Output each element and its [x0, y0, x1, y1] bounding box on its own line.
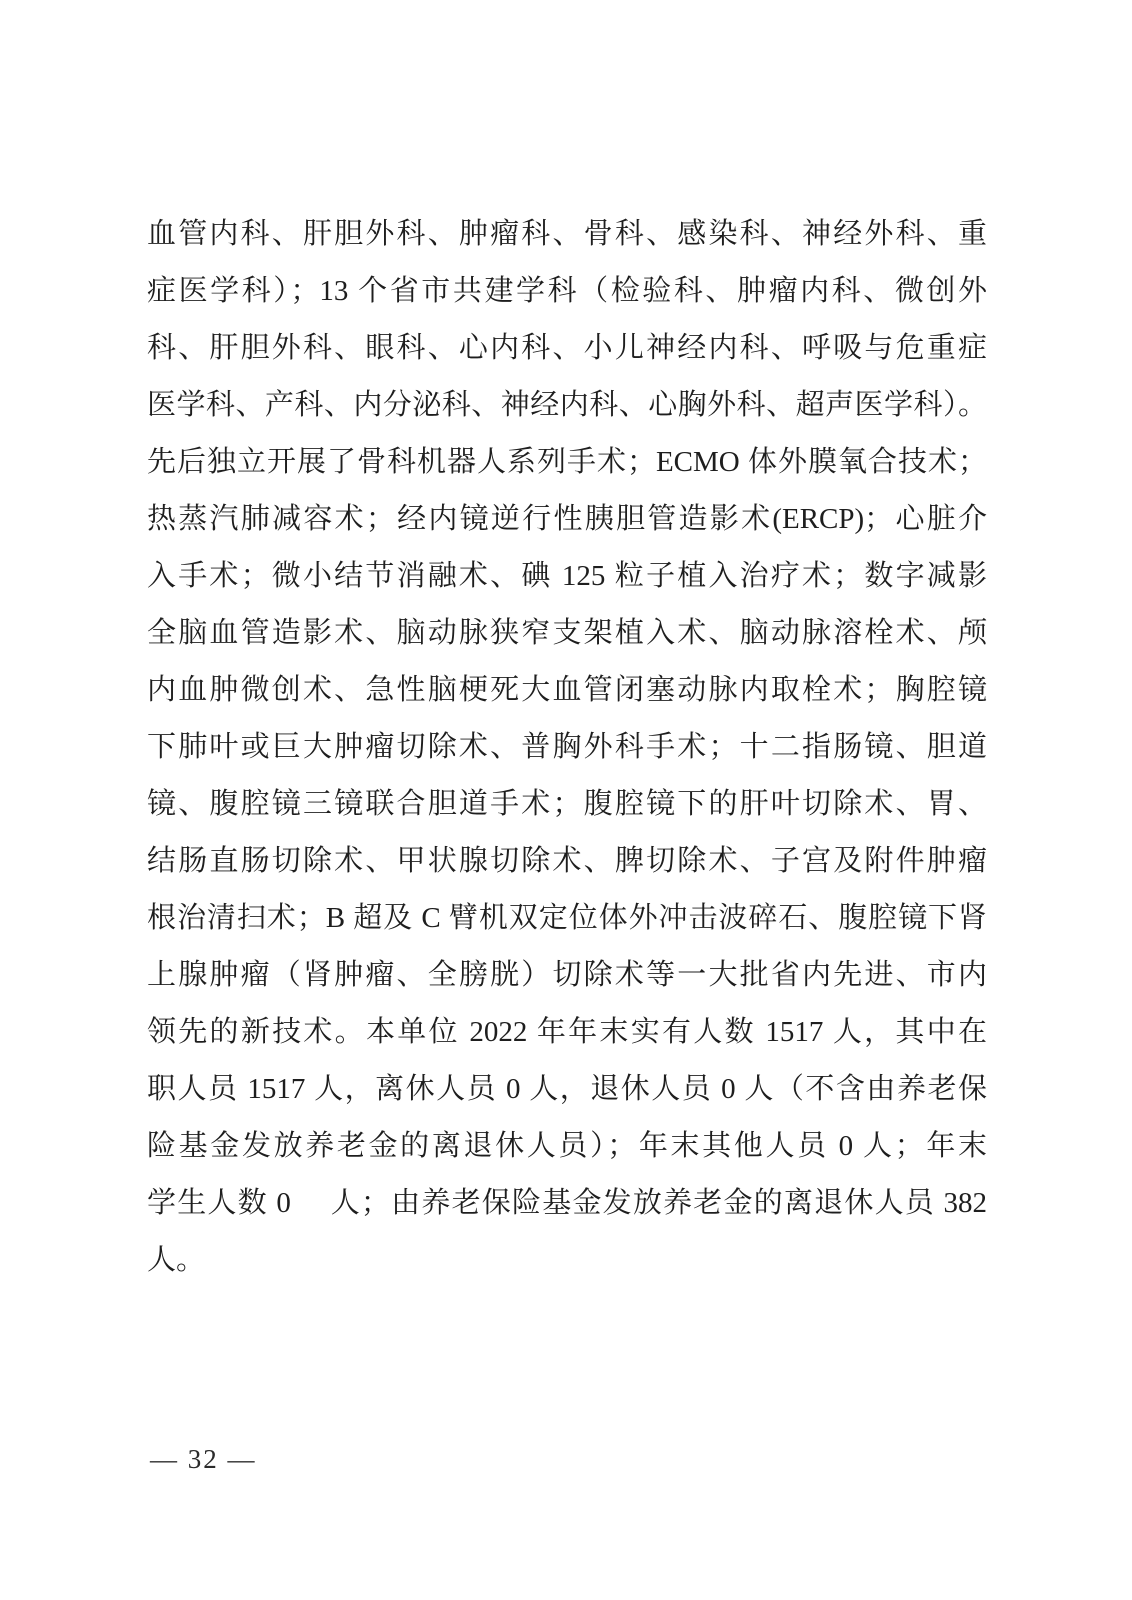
text-line: 根治清扫术；B 超及 C 臂机双定位体外冲击波碎石、腹腔镜下肾 [147, 890, 987, 947]
text-line: 领先的新技术。本单位 2022 年年末实有人数 1517 人，其中在 [147, 1004, 987, 1061]
text-line: 结肠直肠切除术、甲状腺切除术、脾切除术、子宫及附件肿瘤 [147, 833, 987, 890]
text-line: 入手术；微小结节消融术、碘 125 粒子植入治疗术；数字减影 [147, 548, 987, 605]
text-line: 人。 [147, 1232, 987, 1289]
text-line: 全脑血管造影术、脑动脉狭窄支架植入术、脑动脉溶栓术、颅 [147, 605, 987, 662]
text-line: 险基金发放养老金的离退休人员）；年末其他人员 0 人；年末 [147, 1118, 987, 1175]
text-line: 医学科、产科、内分泌科、神经内科、心胸外科、超声医学科）。 [147, 377, 987, 434]
text-line: 先后独立开展了骨科机器人系列手术；ECMO 体外膜氧合技术； [147, 434, 987, 491]
document-body: 血管内科、肝胆外科、肿瘤科、骨科、感染科、神经外科、重 症医学科）；13 个省市… [147, 206, 987, 1289]
text-line: 血管内科、肝胆外科、肿瘤科、骨科、感染科、神经外科、重 [147, 206, 987, 263]
text-line: 症医学科）；13 个省市共建学科（检验科、肿瘤内科、微创外 [147, 263, 987, 320]
text-line: 职人员 1517 人，离休人员 0 人，退休人员 0 人（不含由养老保 [147, 1061, 987, 1118]
text-line: 镜、腹腔镜三镜联合胆道手术；腹腔镜下的肝叶切除术、胃、 [147, 776, 987, 833]
text-line: 下肺叶或巨大肿瘤切除术、普胸外科手术；十二指肠镜、胆道 [147, 719, 987, 776]
text-line: 学生人数 0 人；由养老保险基金发放养老金的离退休人员 382 [147, 1175, 987, 1232]
page-number: — 32 — [150, 1442, 257, 1476]
document-page: 血管内科、肝胆外科、肿瘤科、骨科、感染科、神经外科、重 症医学科）；13 个省市… [0, 0, 1132, 1600]
text-line: 科、肝胆外科、眼科、心内科、小儿神经内科、呼吸与危重症 [147, 320, 987, 377]
text-line: 上腺肿瘤（肾肿瘤、全膀胱）切除术等一大批省内先进、市内 [147, 947, 987, 1004]
text-line: 内血肿微创术、急性脑梗死大血管闭塞动脉内取栓术；胸腔镜 [147, 662, 987, 719]
text-line: 热蒸汽肺减容术；经内镜逆行性胰胆管造影术(ERCP)；心脏介 [147, 491, 987, 548]
